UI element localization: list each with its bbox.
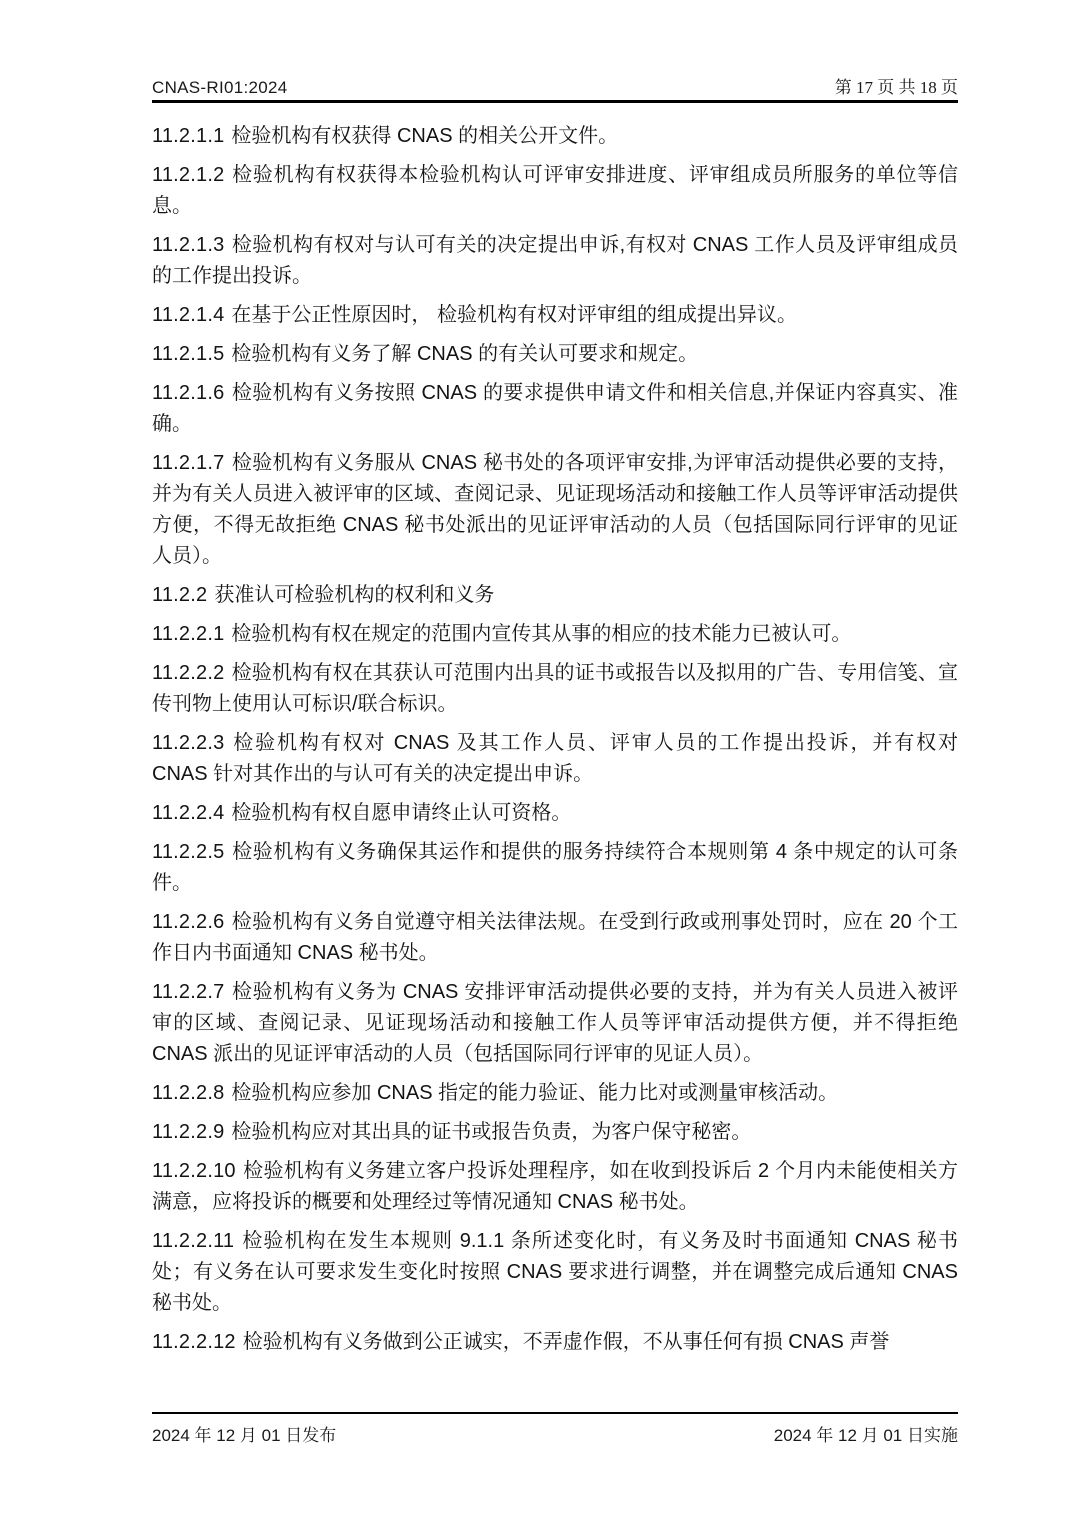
clause-number: 11.2.1.5: [152, 343, 224, 365]
clause-paragraph: 11.2.2.5检验机构有义务确保其运作和提供的服务持续符合本规则第 4 条中规…: [152, 837, 958, 899]
clause-number: 11.2.2.10: [152, 1160, 236, 1182]
document-page: CNAS-RI01:2024 第 17 页 共 18 页 11.2.1.1检验机…: [0, 0, 1080, 1527]
clause-paragraph: 11.2.2.2检验机构有权在其获认可范围内出具的证书或报告以及拟用的广告、专用…: [152, 658, 958, 720]
clause-text: 检验机构有权在其获认可范围内出具的证书或报告以及拟用的广告、专用信笺、宣传刊物上…: [152, 662, 958, 715]
clause-paragraph: 11.2.1.2检验机构有权获得本检验机构认可评审安排进度、评审组成员所服务的单…: [152, 160, 958, 222]
clause-text: 在基于公正性原因时， 检验机构有权对评审组的组成提出异议。: [231, 304, 797, 326]
clause-text: 检验机构在发生本规则 9.1.1 条所述变化时，有义务及时书面通知 CNAS 秘…: [152, 1230, 958, 1314]
clause-paragraph: 11.2.1.5检验机构有义务了解 CNAS 的有关认可要求和规定。: [152, 339, 958, 370]
footer-issue-date: 2024 年 12 月 01 日发布: [152, 1421, 336, 1446]
clause-number: 11.2.1.7: [152, 452, 224, 474]
clause-text: 获准认可检验机构的权利和义务: [214, 584, 494, 606]
clause-paragraph: 11.2.1.1检验机构有权获得 CNAS 的相关公开文件。: [152, 121, 958, 152]
clause-number: 11.2.2.9: [152, 1121, 224, 1143]
header-doc-number: CNAS-RI01:2024: [152, 78, 288, 98]
clause-number: 11.2.1.2: [152, 164, 224, 186]
clause-number: 11.2.2.6: [152, 911, 224, 933]
clause-paragraph: 11.2.2.6检验机构有义务自觉遵守相关法律法规。在受到行政或刑事处罚时，应在…: [152, 907, 958, 969]
clause-text: 检验机构有权在规定的范围内宣传其从事的相应的技术能力已被认可。: [231, 623, 851, 645]
clause-text: 检验机构有义务建立客户投诉处理程序，如在收到投诉后 2 个月内未能使相关方满意，…: [152, 1160, 958, 1213]
clause-number: 11.2.1.1: [152, 125, 224, 147]
clause-text: 检验机构有义务自觉遵守相关法律法规。在受到行政或刑事处罚时，应在 20 个工作日…: [152, 911, 958, 964]
clause-paragraph: 11.2.2.8检验机构应参加 CNAS 指定的能力验证、能力比对或测量审核活动…: [152, 1078, 958, 1109]
clause-text: 检验机构有义务确保其运作和提供的服务持续符合本规则第 4 条中规定的认可条件。: [152, 841, 958, 894]
clause-number: 11.2.1.6: [152, 382, 224, 404]
clause-text: 检验机构有义务做到公正诚实，不弄虚作假，不从事任何有损 CNAS 声誉: [243, 1331, 890, 1353]
clause-number: 11.2.2.4: [152, 802, 224, 824]
clause-number: 11.2.2.1: [152, 623, 224, 645]
clause-text: 检验机构有义务了解 CNAS 的有关认可要求和规定。: [231, 343, 698, 365]
clause-number: 11.2.2.11: [152, 1230, 234, 1252]
clause-paragraph: 11.2.2获准认可检验机构的权利和义务: [152, 580, 958, 611]
clause-text: 检验机构有权对与认可有关的决定提出申诉,有权对 CNAS 工作人员及评审组成员的…: [152, 234, 958, 287]
footer-rule: [152, 1412, 958, 1414]
page-footer: 2024 年 12 月 01 日发布 2024 年 12 月 01 日实施: [152, 1419, 958, 1445]
clause-paragraph: 11.2.2.9检验机构应对其出具的证书或报告负责，为客户保守秘密。: [152, 1117, 958, 1148]
clause-text: 检验机构有权对 CNAS 及其工作人员、评审人员的工作提出投诉，并有权对 CNA…: [152, 732, 958, 785]
clause-paragraph: 11.2.1.3检验机构有权对与认可有关的决定提出申诉,有权对 CNAS 工作人…: [152, 230, 958, 292]
clause-number: 11.2.2.5: [152, 841, 224, 863]
clause-paragraph: 11.2.1.4在基于公正性原因时， 检验机构有权对评审组的组成提出异议。: [152, 300, 958, 331]
clause-text: 检验机构有义务按照 CNAS 的要求提供申请文件和相关信息,并保证内容真实、准确…: [152, 382, 958, 435]
clause-number: 11.2.2.2: [152, 662, 224, 684]
document-body: 11.2.1.1检验机构有权获得 CNAS 的相关公开文件。 11.2.1.2检…: [152, 121, 958, 1407]
clause-number: 11.2.1.4: [152, 304, 224, 326]
clause-paragraph: 11.2.1.6检验机构有义务按照 CNAS 的要求提供申请文件和相关信息,并保…: [152, 378, 958, 440]
clause-text: 检验机构有权获得 CNAS 的相关公开文件。: [231, 125, 618, 147]
clause-number: 11.2.2.8: [152, 1082, 224, 1104]
clause-text: 检验机构有权自愿申请终止认可资格。: [231, 802, 571, 824]
clause-paragraph: 11.2.2.12检验机构有义务做到公正诚实，不弄虚作假，不从事任何有损 CNA…: [152, 1327, 958, 1358]
clause-number: 11.2.2.12: [152, 1331, 236, 1353]
clause-paragraph: 11.2.2.4检验机构有权自愿申请终止认可资格。: [152, 798, 958, 829]
clause-paragraph: 11.2.2.1检验机构有权在规定的范围内宣传其从事的相应的技术能力已被认可。: [152, 619, 958, 650]
clause-paragraph: 11.2.2.3检验机构有权对 CNAS 及其工作人员、评审人员的工作提出投诉，…: [152, 728, 958, 790]
clause-text: 检验机构有义务服从 CNAS 秘书处的各项评审安排,为评审活动提供必要的支持，并…: [152, 452, 958, 567]
footer-implementation-date: 2024 年 12 月 01 日实施: [774, 1421, 958, 1446]
clause-text: 检验机构有权获得本检验机构认可评审安排进度、评审组成员所服务的单位等信息。: [152, 164, 958, 217]
clause-number: 11.2.2.7: [152, 981, 224, 1003]
header-page-indicator: 第 17 页 共 18 页: [835, 73, 958, 98]
clause-paragraph: 11.2.2.7检验机构有义务为 CNAS 安排评审活动提供必要的支持，并为有关…: [152, 977, 958, 1070]
clause-paragraph: 11.2.2.11检验机构在发生本规则 9.1.1 条所述变化时，有义务及时书面…: [152, 1226, 958, 1319]
header-rule: [152, 100, 958, 103]
page-header: CNAS-RI01:2024 第 17 页 共 18 页: [152, 74, 958, 100]
clause-text: 检验机构应对其出具的证书或报告负责，为客户保守秘密。: [231, 1121, 751, 1143]
clause-number: 11.2.1.3: [152, 234, 224, 256]
clause-text: 检验机构有义务为 CNAS 安排评审活动提供必要的支持，并为有关人员进入被评审的…: [152, 981, 958, 1065]
clause-text: 检验机构应参加 CNAS 指定的能力验证、能力比对或测量审核活动。: [231, 1082, 838, 1104]
clause-paragraph: 11.2.2.10检验机构有义务建立客户投诉处理程序，如在收到投诉后 2 个月内…: [152, 1156, 958, 1218]
clause-paragraph: 11.2.1.7检验机构有义务服从 CNAS 秘书处的各项评审安排,为评审活动提…: [152, 448, 958, 572]
clause-number: 11.2.2: [152, 584, 207, 606]
clause-number: 11.2.2.3: [152, 732, 224, 754]
